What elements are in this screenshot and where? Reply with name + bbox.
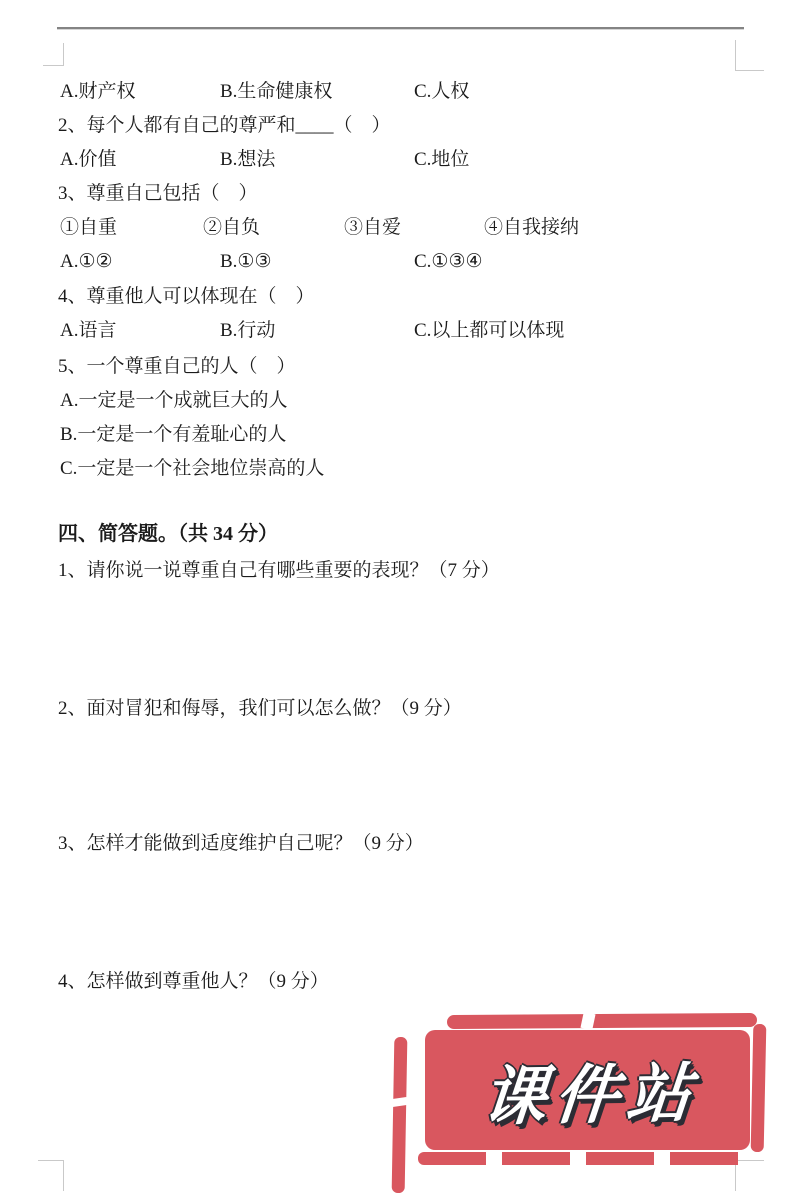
option-a: A.①② xyxy=(60,250,113,274)
short-answer-q2-line: 2、面对冒犯和侮辱，我们可以怎么做？（9 分） xyxy=(0,697,800,721)
item-2: ②自负 xyxy=(203,216,260,240)
option-c: C.一定是一个社会地位崇高的人 xyxy=(60,457,324,481)
mc-q1-options-row: A.财产权 B.生命健康权 C.人权 xyxy=(0,80,800,104)
mc-q5-option-c-line: C.一定是一个社会地位崇高的人 xyxy=(0,457,800,481)
section-heading-text: 四、简答题。（共 34 分） xyxy=(58,522,278,546)
option-c: C.以上都可以体现 xyxy=(414,319,564,343)
stamp-frame-gap xyxy=(392,1097,408,1107)
option-c: C.地位 xyxy=(414,148,469,172)
short-answer-q3-line: 3、怎样才能做到适度维护自己呢？（9 分） xyxy=(0,832,800,856)
option-a: A.语言 xyxy=(60,319,116,343)
item-3: ③自爱 xyxy=(344,216,401,240)
mc-q5-line: 5、一个尊重自己的人（ ） xyxy=(0,355,800,379)
question-text: 4、怎样做到尊重他人？（9 分） xyxy=(58,970,329,994)
item-4: ④自我接纳 xyxy=(484,216,579,240)
option-c: C.人权 xyxy=(414,80,469,104)
stamp-frame-right xyxy=(751,1024,767,1152)
option-a: A.财产权 xyxy=(60,80,135,104)
text-boundary-corner-top-right xyxy=(735,40,764,71)
option-b: B.行动 xyxy=(220,319,275,343)
option-a: A.价值 xyxy=(60,148,116,172)
stamp-frame-top xyxy=(447,1013,757,1029)
mc-q2-options-row: A.价值 B.想法 C.地位 xyxy=(0,148,800,172)
option-a: A.一定是一个成就巨大的人 xyxy=(60,389,287,413)
option-b: B.生命健康权 xyxy=(220,80,332,104)
question-text: 4、尊重他人可以体现在（ ） xyxy=(58,285,315,309)
page-separator-line xyxy=(57,27,744,30)
mc-q5-option-b-line: B.一定是一个有羞耻心的人 xyxy=(0,423,800,447)
document-page[interactable]: A.财产权 B.生命健康权 C.人权 2、每个人都有自己的尊严和____（ ） … xyxy=(0,0,800,1200)
kejianzhan-stamp-watermark: 课件站 xyxy=(0,0,800,1200)
item-1: ①自重 xyxy=(60,216,117,240)
short-answer-q4-line: 4、怎样做到尊重他人？（9 分） xyxy=(0,970,800,994)
stamp-body: 课件站 xyxy=(425,1030,750,1150)
stamp-text: 课件站 xyxy=(472,1042,702,1138)
question-text: 5、一个尊重自己的人（ ） xyxy=(58,355,296,379)
question-text: 2、面对冒犯和侮辱，我们可以怎么做？（9 分） xyxy=(58,697,462,721)
text-boundary-corner-top-left xyxy=(43,43,64,66)
mc-q3-line: 3、尊重自己包括（ ） xyxy=(0,182,800,206)
question-text: 2、每个人都有自己的尊严和____（ ） xyxy=(58,114,391,138)
text-boundary-corner-bottom-left xyxy=(38,1160,64,1191)
question-text: 3、怎样才能做到适度维护自己呢？（9 分） xyxy=(58,832,424,856)
option-b: B.想法 xyxy=(220,148,275,172)
section-4-heading: 四、简答题。（共 34 分） xyxy=(0,522,800,546)
text-boundary-corner-bottom-right xyxy=(735,1160,764,1191)
mc-q4-options-row: A.语言 B.行动 C.以上都可以体现 xyxy=(0,319,800,343)
mc-q3-options-row: A.①② B.①③ C.①③④ xyxy=(0,250,800,274)
stamp-frame-gap xyxy=(580,1012,595,1030)
mc-q5-option-a-line: A.一定是一个成就巨大的人 xyxy=(0,389,800,413)
option-b: B.①③ xyxy=(220,250,272,274)
mc-q3-items-row: ①自重 ②自负 ③自爱 ④自我接纳 xyxy=(0,216,800,240)
short-answer-q1-line: 1、请你说一说尊重自己有哪些重要的表现？（7 分） xyxy=(0,559,800,583)
question-text: 3、尊重自己包括（ ） xyxy=(58,182,258,206)
option-c: C.①③④ xyxy=(414,250,483,274)
question-text: 1、请你说一说尊重自己有哪些重要的表现？（7 分） xyxy=(58,559,500,583)
stamp-frame-left xyxy=(392,1037,408,1193)
stamp-frame-bottom xyxy=(418,1152,748,1165)
mc-q2-line: 2、每个人都有自己的尊严和____（ ） xyxy=(0,114,800,138)
option-b: B.一定是一个有羞耻心的人 xyxy=(60,423,286,447)
mc-q4-line: 4、尊重他人可以体现在（ ） xyxy=(0,285,800,309)
